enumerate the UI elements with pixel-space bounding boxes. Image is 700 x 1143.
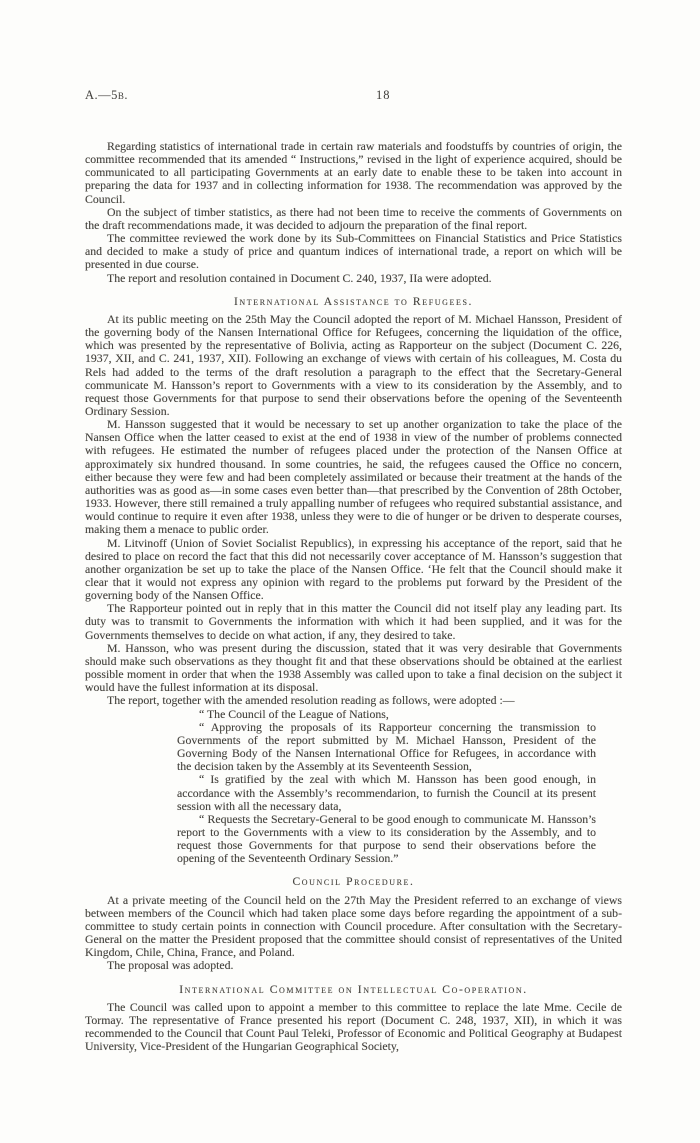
document-page: A.—5b. 18 Regarding statistics of intern… [0, 0, 700, 1143]
section-heading-refugees: International Assistance to Refugees. [85, 295, 622, 308]
paragraph-timber-statistics: On the subject of timber statistics, as … [85, 206, 622, 232]
paragraph-refugees-3: M. Litvinoff (Union of Soviet Socialist … [85, 537, 622, 603]
page-number: 18 [376, 88, 391, 103]
paragraph-refugees-5: M. Hansson, who was present during the d… [85, 642, 622, 695]
paragraph-refugees-2: M. Hansson suggested that it would be ne… [85, 418, 622, 536]
paragraph-procedure-1: At a private meeting of the Council held… [85, 894, 622, 960]
paragraph-refugees-6: The report, together with the amended re… [85, 694, 622, 707]
section-heading-council-procedure: Council Procedure. [85, 875, 622, 888]
resolution-quote: “ The Council of the League of Nations, … [177, 708, 596, 866]
paragraph-refugees-4: The Rapporteur pointed out in reply that… [85, 602, 622, 641]
paragraph-refugees-1: At its public meeting on the 25th May th… [85, 313, 622, 418]
quote-paragraph-1: “ The Council of the League of Nations, [177, 708, 596, 721]
paragraph-cooperation-1: The Council was called upon to appoint a… [85, 1001, 622, 1054]
paragraph-subcommittees: The committee reviewed the work done by … [85, 232, 622, 271]
paragraph-procedure-2: The proposal was adopted. [85, 959, 622, 972]
paragraph-report-adopted: The report and resolution contained in D… [85, 272, 622, 285]
quote-paragraph-4: “ Requests the Secretary-General to be g… [177, 813, 596, 866]
document-reference: A.—5b. [85, 88, 128, 103]
quote-paragraph-3: “ Is gratified by the zeal with which M.… [177, 773, 596, 812]
section-heading-intellectual-cooperation: International Committee on Intellectual … [85, 983, 622, 996]
document-body: Regarding statistics of international tr… [85, 140, 622, 1053]
page-header: A.—5b. 18 [85, 88, 622, 103]
paragraph-trade-statistics: Regarding statistics of international tr… [85, 140, 622, 206]
quote-paragraph-2: “ Approving the proposals of its Rapport… [177, 721, 596, 774]
